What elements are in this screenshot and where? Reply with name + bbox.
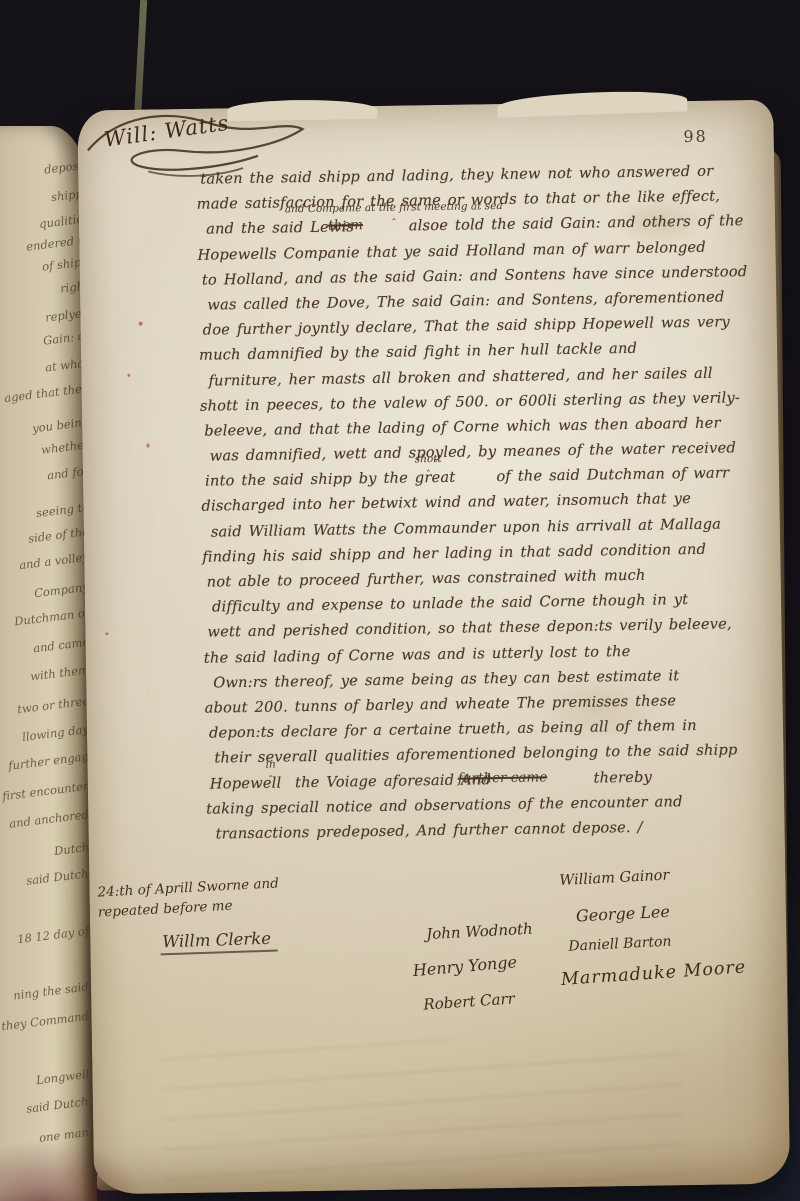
gutter-fragment: and a volley [19, 550, 90, 572]
gutter-fragment: aged that they [4, 381, 90, 405]
signature: Henry Yonge [412, 952, 518, 980]
gutter-fragment: seeing to [35, 500, 89, 520]
red-speck [139, 322, 143, 326]
signature: Marmaduke Moore [560, 957, 746, 990]
signature: William Gainor [559, 867, 670, 889]
gutter-fragment: 18 12 day of [16, 924, 89, 947]
struck-out-word: them [328, 217, 363, 234]
gutter-fragment: two or three [16, 694, 89, 717]
gutter-fragment: you being [31, 415, 89, 436]
show-through-text [162, 1036, 684, 1194]
interlineation: in [265, 759, 275, 778]
manuscript-page: 98 taken the said shipp and lading, they… [77, 100, 790, 1195]
binding-cord [134, 0, 147, 122]
interlineation: shott [415, 453, 442, 472]
struck-out-words: further came [458, 769, 548, 786]
gutter-fragment: Longwell [35, 1067, 90, 1087]
gutter-fragment: and anchored [8, 807, 89, 831]
gutter-fragment: Dutch [53, 840, 90, 858]
gutter-fragment: and came [32, 635, 90, 656]
signature: John Wodnoth [426, 920, 533, 943]
deckle-edge [497, 89, 688, 117]
page-number: 98 [683, 127, 708, 146]
gutter-fragment: further engag [7, 749, 89, 773]
gutter-fragment: they Command [0, 1009, 89, 1034]
signature: Daniell Barton [568, 934, 672, 955]
red-speck [127, 374, 130, 377]
gutter-fragment: one man [38, 1125, 89, 1145]
interlineation: and Companie at the first meeting at sea [285, 200, 503, 222]
deposition-text: taken the said shipp and lading, they kn… [196, 158, 773, 847]
gutter-fragment: said Dutch [26, 866, 90, 888]
gutter-fragment: said Dutch [26, 1094, 90, 1116]
signature: George Lee [576, 902, 671, 926]
gutter-fragment: Company [34, 580, 90, 601]
sworn-attestation: 24:th of Aprill Sworne and repeated befo… [97, 877, 338, 956]
gutter-fragment: llowing day [21, 722, 89, 744]
gutter-fragment: Dutchman of [13, 605, 89, 628]
red-speck [105, 632, 108, 635]
signature: Robert Carr [423, 989, 516, 1013]
gutter-fragment: ning the said [13, 979, 90, 1002]
photograph-of-manuscript: depose, shipps qualities endered m of sh… [0, 0, 800, 1201]
gutter-fragment: first encounter [2, 779, 90, 803]
gutter-fragment: with them [29, 662, 89, 683]
gutter-fragment: side of the [27, 524, 89, 545]
notary-signature: Willm Clerke [160, 929, 277, 956]
red-speck [146, 444, 149, 448]
